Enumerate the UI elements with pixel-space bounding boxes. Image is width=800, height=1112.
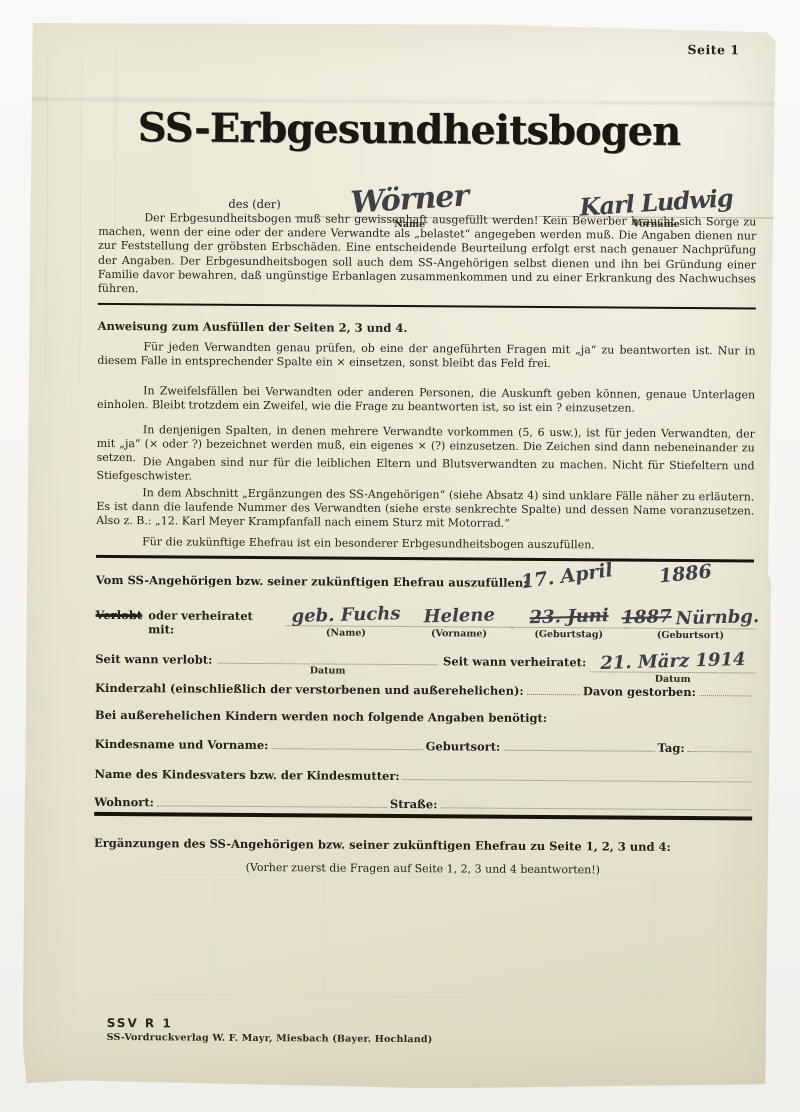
anweisung-paragraph-4: Die Angaben sind nur für die leiblichen … [97,455,755,488]
spouse-row: Verlobt oder verheiratet mit: geb. Fuchs… [95,603,755,642]
spouse-birthyear-struck-handwriting: 1887 [621,606,672,628]
kinderzahl-label: Kinderzahl (einschließlich der verstorbe… [95,681,524,698]
anweisung-paragraph-1: Für jeden Verwandten genau prüfen, ob ei… [97,340,755,373]
child-geburtsort-label: Geburtsort: [426,739,501,754]
anweisung-paragraph-5: In dem Abschnitt „Ergänzungen des SS-Ang… [96,486,754,533]
residence-row: Wohnort: Straße: [94,794,754,814]
spouse-name-label: (Name) [326,627,366,638]
kindesname-blank-line [271,737,422,750]
spouse-firstname-handwriting: Helene [423,604,495,627]
child-geburtsort-blank-line [503,739,654,752]
anweisung-paragraph-6: Für die zukünftige Ehefrau ist ein beson… [96,535,754,554]
spouse-birthplace-label: (Geburtsort) [657,630,724,641]
separator-rule [98,303,756,310]
showthrough-line [79,52,82,382]
ergaenzungen-heading-row: Ergänzungen des SS-Angehörigen bzw. sein… [94,836,754,855]
scanned-form-page: Seite 1 SS-Erbgesundheitsbogen des (der)… [22,21,775,1090]
kindesvater-label: Name des Kindesvaters bzw. der Kindesmut… [94,767,399,783]
kindesvater-blank-line [403,768,752,782]
wohnort-blank-line [157,794,387,808]
spouse-firstname-label: (Vorname) [431,628,487,639]
anweisung-heading: Anweisung zum Ausfüllen der Seiten 2, 3 … [98,319,756,338]
kinderzahl-blank-line [527,683,580,695]
children-count-row: Kinderzahl (einschließlich der verstorbe… [95,680,755,700]
section-rule-thick [94,812,752,821]
spouse-birthday-field: 23. Juni (Geburtstag) [512,606,626,641]
publisher-imprint: SS-Vordruckverlag W. F. Mayr, Miesbach (… [107,1032,433,1045]
form-code: SSV R 1 [107,1016,173,1030]
photo-background: { "page": { "label": "Seite 1" }, "title… [0,0,800,1112]
ausserehelich-note-label: Bei außerehelichen Kindern werden noch f… [95,708,547,725]
spouse-birthplace-handwriting: Nürnbg. [676,606,760,629]
showthrough-line [45,52,48,382]
spouse-name-handwriting: geb. Fuchs [291,603,400,627]
ergaenzungen-heading: Ergänzungen des SS-Angehörigen bzw. sein… [94,836,671,854]
form-title: SS-Erbgesundheitsbogen [99,104,719,155]
strasse-blank-line [440,796,751,810]
wohnort-label: Wohnort: [94,795,154,809]
child-parent-row: Name des Kindesvaters bzw. der Kindesmut… [94,766,754,786]
gestorben-blank-line [699,684,752,696]
verheiratet-question-label: Seit wann verheiratet: [443,654,586,669]
verlobt-datum-label: Datum [310,665,346,676]
spouse-birthday-label: (Geburtstag) [534,629,603,640]
verlobt-date-field: Datum [218,651,437,678]
tag-label: Tag: [657,741,684,755]
form-section-heading: Vom SS-Angehörigen bzw. seiner zukünftig… [96,573,528,590]
showthrough-table [92,874,753,1079]
spouse-name-field: geb. Fuchs (Name) [286,604,407,639]
spouse-birthplace-field: 1887 Nürnbg. (Geburtsort) [625,607,755,642]
spouse-birthday-struck-handwriting: 23. Juni [529,605,609,628]
child-name-row: Kindesname und Vorname: Geburtsort: Tag: [95,736,755,756]
gestorben-label: Davon gestorben: [583,684,696,699]
verheiratet-date-field: 21. März 1914 Datum [590,650,755,685]
verlobt-struck-label: Verlobt [96,608,143,622]
verlobt-question-label: Seit wann verlobt: [95,652,212,667]
name-prefix-label: des (der) [228,197,280,211]
section-rule-heavy [96,555,754,563]
spouse-firstname-field: Helene (Vorname) [406,605,512,640]
strasse-label: Straße: [390,797,438,811]
tag-blank-line [688,740,752,752]
form-section-heading-row: Vom SS-Angehörigen bzw. seiner zukünftig… [96,573,756,592]
page-number-label: Seite 1 [687,42,739,57]
anweisung-paragraph-2: In Zweifelsfällen bei Verwandten oder an… [97,384,755,417]
marriage-date-handwriting: 21. März 1914 [600,649,746,674]
kindesname-label: Kindesname und Vorname: [95,737,269,752]
verheiratet-mit-label: oder verheiratet mit: [148,608,278,637]
intro-paragraph: Der Erbgesundheitsbogen muß sehr gewisse… [98,211,757,301]
illegitimate-note-row: Bei außerehelichen Kindern werden noch f… [95,708,755,727]
